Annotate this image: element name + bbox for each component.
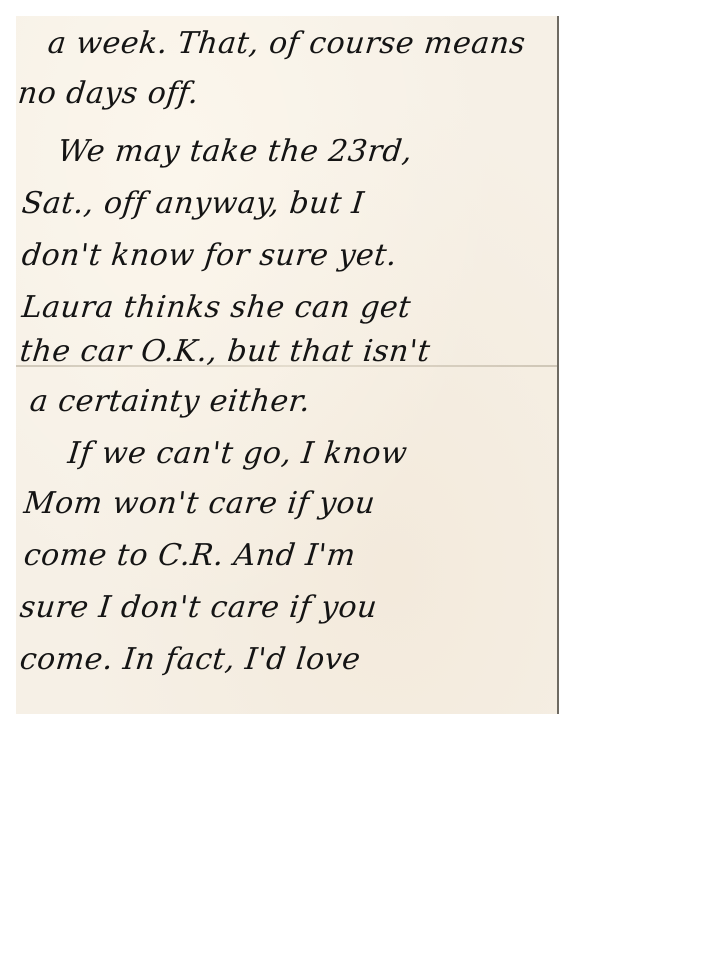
letter-line-5: don't know for sure yet. [20,238,399,273]
letter-line-6: Laura thinks she can get [20,290,413,325]
letter-line-1: a week. That, of course means [46,26,527,61]
letter-page: a week. That, of course means no days of… [16,16,559,714]
letter-line-12: sure I don't care if you [18,590,379,625]
letter-line-13: come. In fact, I'd love [18,642,362,677]
letter-line-8: a certainty either. [28,384,312,419]
letter-line-11: come to C.R. And I'm [22,538,357,573]
letter-line-9: If we can't go, I know [66,436,409,471]
letter-line-4: Sat., off anyway, but I [20,186,366,221]
letter-line-3: We may take the 23rd, [56,134,414,169]
letter-line-7: the car O.K., but that isn't [18,334,432,369]
letter-line-2: no days off. [16,76,200,111]
letter-line-10: Mom won't care if you [22,486,377,521]
